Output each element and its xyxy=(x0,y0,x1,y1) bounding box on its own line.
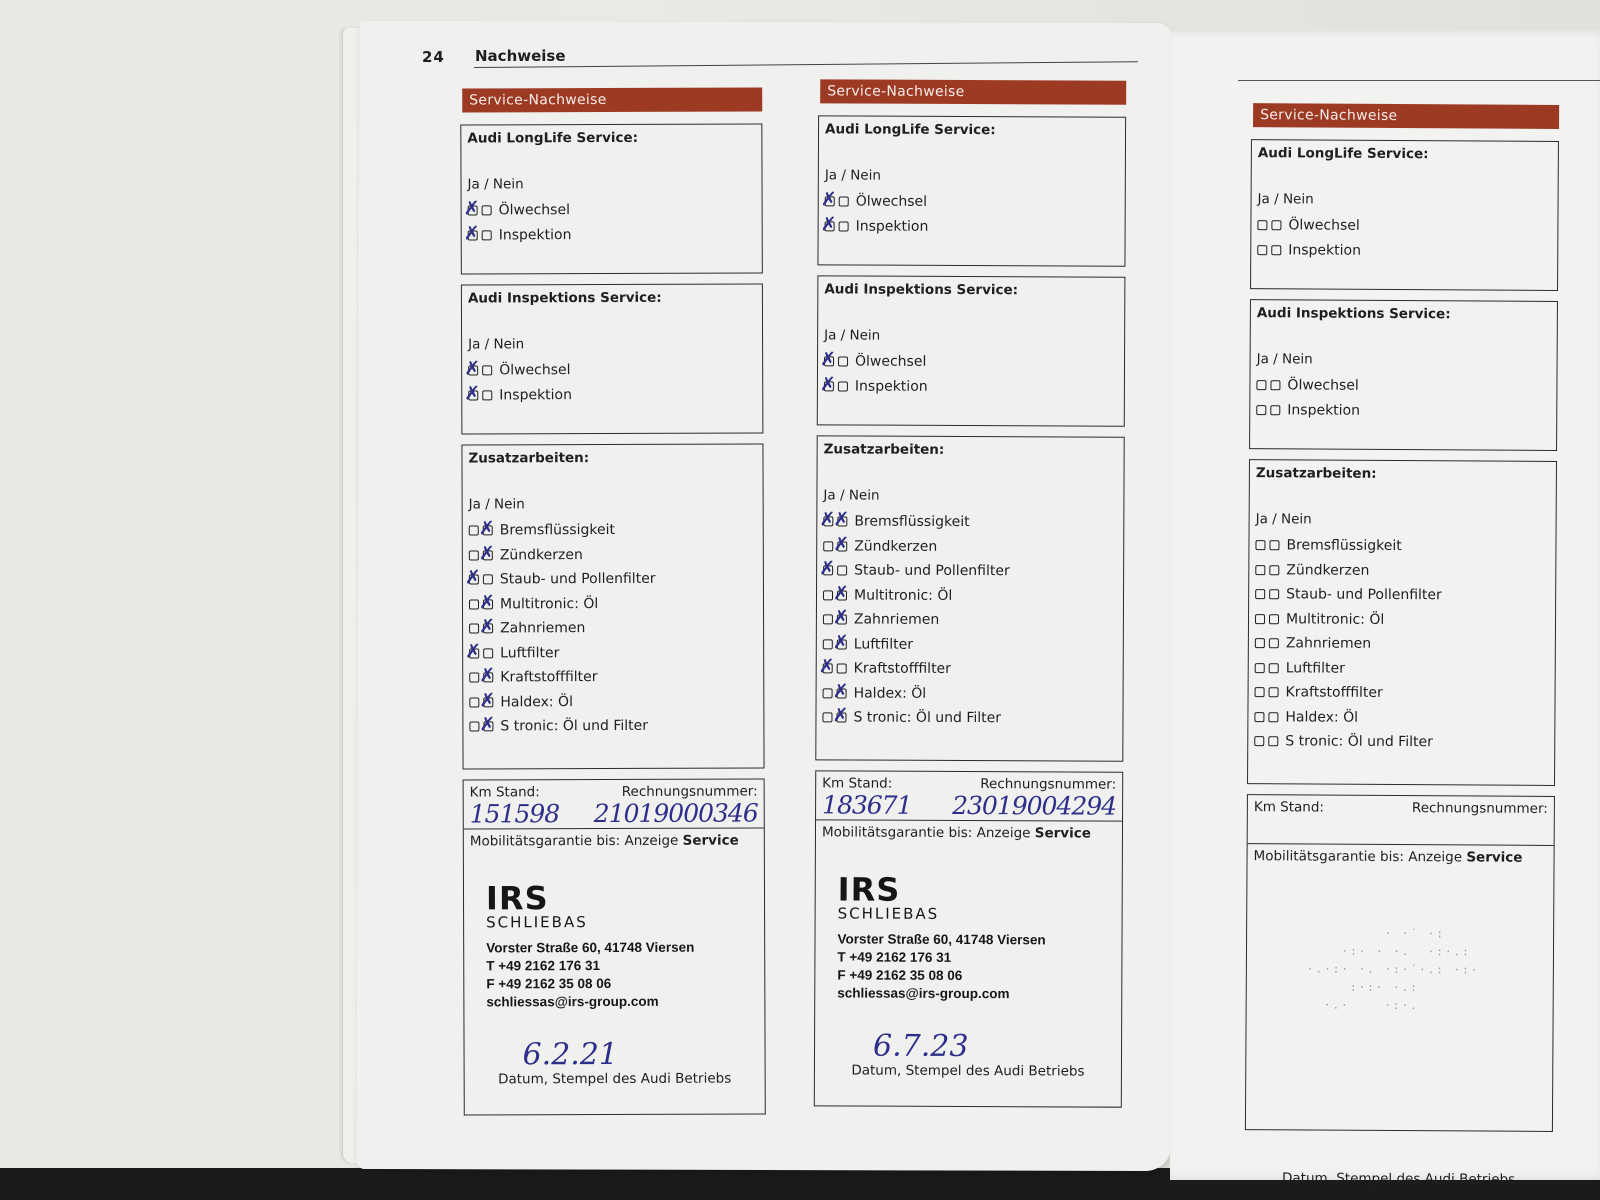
zusatzarbeiten-box: Zusatzarbeiten: Ja / Nein Bremsflüssigke… xyxy=(815,435,1124,761)
ja-nein-header: Ja / Nein xyxy=(825,167,1119,184)
checklist-row: Haldex: Öl xyxy=(1254,705,1548,731)
km-invoice-stamp-box: Km Stand: Rechnungsnummer: 151598 210190… xyxy=(463,778,766,1115)
zusatzarbeiten-box: Zusatzarbeiten: Ja / Nein Bremsflüssigke… xyxy=(1247,459,1557,786)
ja-checkbox[interactable] xyxy=(1254,736,1264,746)
nein-checkbox[interactable] xyxy=(1269,687,1279,697)
longlife-service-box: Audi LongLife Service: Ja / Nein Ölwechs… xyxy=(1250,139,1559,291)
mobilitaetsgarantie-line: Mobilitätsgarantie bis: Anzeige Service xyxy=(1247,844,1553,870)
ja-checkbox[interactable] xyxy=(1255,540,1265,550)
nein-checkbox[interactable] xyxy=(839,221,849,231)
checklist-label: Haldex: Öl xyxy=(1285,709,1358,725)
ja-checkbox[interactable] xyxy=(823,517,833,527)
ja-checkbox[interactable] xyxy=(1256,380,1266,390)
mobilitaetsgarantie-line: Mobilitätsgarantie bis: Anzeige Service xyxy=(816,820,1122,845)
checklist-label: Kraftstofffilter xyxy=(1286,685,1383,702)
mobilitaet-text: Mobilitätsgarantie bis: Anzeige xyxy=(470,833,683,850)
stamp-email: schliessas@irs-group.com xyxy=(486,992,764,1011)
nein-checkbox[interactable] xyxy=(483,697,493,707)
checklist-label: Inspektion xyxy=(1287,402,1360,418)
nein-checkbox[interactable] xyxy=(837,517,847,527)
nein-checkbox[interactable] xyxy=(837,639,847,649)
checklist-label: Zahnriemen xyxy=(854,612,939,628)
service-record-3: Service-Nachweise Audi LongLife Service:… xyxy=(1235,103,1559,1142)
inspektion-service-box: Audi Inspektions Service: Ja / Nein Ölwe… xyxy=(1249,299,1558,451)
checklist-label: Ölwechsel xyxy=(499,362,570,378)
checklist-label: Kraftstofffilter xyxy=(854,661,951,677)
checklist-label: Ölwechsel xyxy=(1287,378,1358,394)
box-title: Zusatzarbeiten: xyxy=(1256,465,1550,483)
km-stand-value[interactable]: 183671 xyxy=(822,791,912,819)
service-record-2: Service-Nachweise Audi LongLife Service:… xyxy=(804,79,1127,1117)
nein-checkbox[interactable] xyxy=(483,526,493,536)
checklist-row: Zahnriemen xyxy=(823,607,1117,633)
checklist-label: Zündkerzen xyxy=(854,538,937,554)
nein-checkbox[interactable] xyxy=(1268,712,1278,722)
box-title: Zusatzarbeiten: xyxy=(468,449,756,466)
dealer-stamp: IRSSCHLIEBASVorster Straße 60, 41748 Vie… xyxy=(486,882,764,1011)
ja-checkbox[interactable] xyxy=(823,688,833,698)
section-banner: Service-Nachweise xyxy=(820,79,1126,104)
km-stand-label: Km Stand: xyxy=(470,784,540,800)
ja-checkbox[interactable] xyxy=(468,390,478,400)
ja-nein-header: Ja / Nein xyxy=(1257,351,1551,369)
checklist-label: Haldex: Öl xyxy=(854,685,927,701)
datum-stempel-label: Datum, Stempel des Audi Betriebs xyxy=(1246,1170,1552,1188)
ja-checkbox[interactable] xyxy=(469,673,479,683)
box-title: Audi Inspektions Service: xyxy=(468,289,756,306)
checklist-row: S tronic: Öl und Filter xyxy=(822,705,1116,731)
stamp-logo: IRS xyxy=(486,882,764,913)
page-number: 24 xyxy=(422,48,445,66)
ja-checkbox[interactable] xyxy=(469,648,479,658)
checklist-row: Luftfilter xyxy=(823,632,1117,658)
checklist-label: Luftfilter xyxy=(500,645,559,661)
checklist-row: Inspektion xyxy=(468,382,756,408)
ja-checkbox[interactable] xyxy=(469,697,479,707)
checklist-row: Haldex: Öl xyxy=(823,681,1117,707)
ja-checkbox[interactable] xyxy=(468,230,478,240)
km-invoice-stamp-box: Km Stand: Rechnungsnummer: 183671 230190… xyxy=(814,770,1123,1107)
handwritten-date[interactable]: 6.7.23 xyxy=(873,1029,1121,1060)
checklist-row: Luftfilter xyxy=(469,640,757,666)
checklist-row: Staub- und Pollenfilter xyxy=(823,558,1117,584)
ja-checkbox[interactable] xyxy=(823,664,833,674)
checklist-label: Bremsflüssigkeit xyxy=(500,522,615,538)
ja-nein-header: Ja / Nein xyxy=(1258,191,1552,209)
nein-checkbox[interactable] xyxy=(1271,220,1281,230)
zusatzarbeiten-box: Zusatzarbeiten: Ja / Nein Bremsflüssigke… xyxy=(461,443,764,769)
ja-checkbox[interactable] xyxy=(824,357,834,367)
checklist-row: Ölwechsel xyxy=(825,189,1119,215)
inspektion-service-box: Audi Inspektions Service: Ja / Nein Ölwe… xyxy=(461,283,764,434)
ja-nein-header: Ja / Nein xyxy=(469,495,757,512)
right-page-rule xyxy=(1238,80,1600,81)
ja-nein-header: Ja / Nein xyxy=(824,327,1118,344)
checklist-row: Inspektion xyxy=(468,222,756,248)
nein-checkbox[interactable] xyxy=(1269,638,1279,648)
nein-checkbox[interactable] xyxy=(836,713,846,723)
ja-checkbox[interactable] xyxy=(823,639,833,649)
nein-checkbox[interactable] xyxy=(1270,380,1280,390)
checklist-label: S tronic: Öl und Filter xyxy=(1285,734,1433,751)
service-record-4-partial xyxy=(1590,108,1600,144)
stamp-phone: T +49 2162 176 31 xyxy=(486,956,764,975)
nein-checkbox[interactable] xyxy=(483,673,493,683)
nein-checkbox[interactable] xyxy=(837,541,847,551)
stamp-logo: IRS xyxy=(838,874,1122,905)
nein-checkbox[interactable] xyxy=(482,390,492,400)
checklist-label: Luftfilter xyxy=(854,636,913,652)
nein-checkbox[interactable] xyxy=(837,615,847,625)
inspektion-service-box: Audi Inspektions Service: Ja / Nein Ölwe… xyxy=(817,275,1126,426)
checklist-row: Staub- und Pollenfilter xyxy=(469,566,757,592)
km-invoice-stamp-box: Km Stand: Rechnungsnummer: Mobilitätsgar… xyxy=(1245,794,1555,1132)
checklist-label: Zahnriemen xyxy=(1286,636,1371,653)
checklist-label: Staub- und Pollenfilter xyxy=(500,571,656,588)
mobilitaet-text: Mobilitätsgarantie bis: Anzeige xyxy=(1254,848,1467,865)
datum-stempel-label: Datum, Stempel des Audi Betriebs xyxy=(465,1070,765,1087)
checklist-row: Multitronic: Öl xyxy=(823,583,1117,609)
ja-checkbox[interactable] xyxy=(1257,245,1267,255)
nein-checkbox[interactable] xyxy=(1268,736,1278,746)
ja-checkbox[interactable] xyxy=(469,550,479,560)
nein-checkbox[interactable] xyxy=(838,357,848,367)
nein-checkbox[interactable] xyxy=(1269,589,1279,599)
stamp-name: SCHLIEBAS xyxy=(486,912,764,931)
ja-checkbox[interactable] xyxy=(822,713,832,723)
ja-checkbox[interactable] xyxy=(1255,614,1265,624)
rechnungsnummer-value[interactable]: 21019000346 xyxy=(594,799,758,828)
checklist-row: Bremsflüssigkeit xyxy=(469,517,757,543)
stamp-email: schliessas@irs-group.com xyxy=(837,984,1121,1003)
stamp-address: Vorster Straße 60, 41748 Viersen xyxy=(837,930,1121,949)
ja-checkbox[interactable] xyxy=(1255,663,1265,673)
nein-checkbox[interactable] xyxy=(837,566,847,576)
nein-checkbox[interactable] xyxy=(1271,245,1281,255)
checklist-label: Haldex: Öl xyxy=(500,694,573,710)
checklist-row: Kraftstofffilter xyxy=(469,664,757,690)
ja-checkbox[interactable] xyxy=(1255,687,1265,697)
checklist-row: Luftfilter xyxy=(1255,656,1549,682)
km-stand-label: Km Stand: xyxy=(1254,799,1324,815)
handwritten-date[interactable]: 6.2.21 xyxy=(523,1036,765,1067)
dealer-stamp: IRSSCHLIEBASVorster Straße 60, 41748 Vie… xyxy=(837,874,1122,1003)
ja-checkbox[interactable] xyxy=(823,590,833,600)
checklist-label: Bremsflüssigkeit xyxy=(1286,538,1401,555)
checklist-label: Inspektion xyxy=(1288,242,1361,258)
nein-checkbox[interactable] xyxy=(483,722,493,732)
box-title: Audi LongLife Service: xyxy=(467,129,755,146)
box-title: Audi Inspektions Service: xyxy=(1257,305,1551,323)
box-title: Audi Inspektions Service: xyxy=(824,281,1118,298)
ja-checkbox[interactable] xyxy=(468,206,478,216)
ja-checkbox[interactable] xyxy=(825,221,835,231)
mobilitaet-text: Mobilitätsgarantie bis: Anzeige xyxy=(822,824,1035,841)
checklist-row: Inspektion xyxy=(824,374,1118,400)
ja-checkbox[interactable] xyxy=(824,381,834,391)
km-stand-value[interactable]: 151598 xyxy=(470,800,560,828)
ja-checkbox[interactable] xyxy=(1255,589,1265,599)
checklist-row: Ölwechsel xyxy=(824,349,1118,375)
ja-checkbox[interactable] xyxy=(823,541,833,551)
ja-checkbox[interactable] xyxy=(469,624,479,634)
page-title: Nachweise xyxy=(475,47,566,65)
checklist-label: Bremsflüssigkeit xyxy=(854,514,969,531)
ja-checkbox[interactable] xyxy=(469,575,479,585)
checklist-row: Inspektion xyxy=(1256,398,1550,424)
checklist-row: Inspektion xyxy=(825,214,1119,240)
checklist-label: Staub- und Pollenfilter xyxy=(854,563,1010,580)
checklist-row: Zahnriemen xyxy=(469,615,757,641)
checklist-label: Ölwechsel xyxy=(1288,218,1359,234)
checklist-row: S tronic: Öl und Filter xyxy=(1254,729,1548,755)
nein-checkbox[interactable] xyxy=(837,590,847,600)
stamp-address: Vorster Straße 60, 41748 Viersen xyxy=(486,938,764,957)
ja-nein-header: Ja / Nein xyxy=(468,335,756,352)
box-title: Audi LongLife Service: xyxy=(825,121,1119,138)
ja-checkbox[interactable] xyxy=(469,722,479,732)
section-banner: Service-Nachweise xyxy=(462,87,762,112)
rechnungsnummer-value[interactable]: 23019004294 xyxy=(952,792,1116,821)
stamp-fax: F +49 2162 35 08 06 xyxy=(486,974,764,993)
checklist-row: Kraftstofffilter xyxy=(823,656,1117,682)
checklist-row: Zahnriemen xyxy=(1255,631,1549,657)
longlife-service-box: Audi LongLife Service: Ja / Nein Ölwechs… xyxy=(460,123,763,274)
stamp-name: SCHLIEBAS xyxy=(838,904,1122,923)
mobilitaet-service: Service xyxy=(1466,849,1522,865)
checklist-label: Zahnriemen xyxy=(500,620,585,636)
checklist-label: Ölwechsel xyxy=(499,202,570,218)
checklist-label: Zündkerzen xyxy=(500,547,583,563)
nein-checkbox[interactable] xyxy=(482,206,492,216)
nein-checkbox[interactable] xyxy=(837,664,847,674)
checklist-label: Luftfilter xyxy=(1286,660,1345,676)
ja-checkbox[interactable] xyxy=(468,366,478,376)
handwritten-date[interactable] xyxy=(1304,1070,1552,1102)
checklist-row: Zündkerzen xyxy=(1255,558,1549,584)
nein-checkbox[interactable] xyxy=(483,575,493,585)
longlife-service-box: Audi LongLife Service: Ja / Nein Ölwechs… xyxy=(817,115,1126,266)
rechnungsnummer-label: Rechnungsnummer: xyxy=(1412,800,1548,817)
checklist-row: Ölwechsel xyxy=(468,197,756,223)
nein-checkbox[interactable] xyxy=(482,230,492,240)
checklist-row: Haldex: Öl xyxy=(469,689,757,715)
mobilitaetsgarantie-line: Mobilitätsgarantie bis: Anzeige Service xyxy=(464,828,764,853)
rechnungsnummer-label: Rechnungsnummer: xyxy=(622,783,758,799)
datum-stempel-label: Datum, Stempel des Audi Betriebs xyxy=(815,1062,1121,1079)
nein-checkbox[interactable] xyxy=(483,599,493,609)
checklist-label: Zündkerzen xyxy=(1286,562,1369,579)
nein-checkbox[interactable] xyxy=(837,688,847,698)
nein-checkbox[interactable] xyxy=(1269,565,1279,575)
ja-checkbox[interactable] xyxy=(1256,405,1266,415)
box-title: Audi LongLife Service: xyxy=(1258,145,1552,163)
checklist-label: Inspektion xyxy=(499,227,572,243)
ja-checkbox[interactable] xyxy=(469,526,479,536)
km-stand-label: Km Stand: xyxy=(822,775,892,791)
mobilitaet-service: Service xyxy=(683,833,739,849)
checklist-label: Kraftstofffilter xyxy=(500,669,597,685)
ja-checkbox[interactable] xyxy=(825,197,835,207)
ja-checkbox[interactable] xyxy=(1254,712,1264,722)
checklist-row: Bremsflüssigkeit xyxy=(823,509,1117,535)
checklist-row: Ölwechsel xyxy=(1256,373,1550,399)
checklist-row: Zündkerzen xyxy=(469,542,757,568)
ja-nein-header: Ja / Nein xyxy=(467,175,755,192)
nein-checkbox[interactable] xyxy=(483,624,493,634)
checklist-row: Multitronic: Öl xyxy=(1255,607,1549,633)
checklist-row: Zündkerzen xyxy=(823,534,1117,560)
checklist-label: Multitronic: Öl xyxy=(1286,611,1384,628)
ja-nein-header: Ja / Nein xyxy=(1256,511,1550,529)
checklist-row: Inspektion xyxy=(1257,238,1551,264)
nein-checkbox[interactable] xyxy=(1269,663,1279,673)
checklist-label: Ölwechsel xyxy=(855,354,926,370)
stamp-fax: F +49 2162 35 08 06 xyxy=(837,966,1121,985)
ja-checkbox[interactable] xyxy=(823,566,833,576)
nein-checkbox[interactable] xyxy=(838,381,848,391)
ja-checkbox[interactable] xyxy=(823,615,833,625)
nein-checkbox[interactable] xyxy=(1270,405,1280,415)
nein-checkbox[interactable] xyxy=(839,197,849,207)
checklist-row: Ölwechsel xyxy=(468,357,756,383)
checklist-row: Kraftstofffilter xyxy=(1254,680,1548,706)
checklist-row: Ölwechsel xyxy=(1257,213,1551,239)
checklist-label: Ölwechsel xyxy=(856,194,927,210)
checklist-label: S tronic: Öl und Filter xyxy=(500,718,648,735)
nein-checkbox[interactable] xyxy=(482,366,492,376)
stamp-phone: T +49 2162 176 31 xyxy=(837,948,1121,967)
checklist-row: Bremsflüssigkeit xyxy=(1255,533,1549,559)
ja-checkbox[interactable] xyxy=(469,599,479,609)
checklist-label: Inspektion xyxy=(856,218,929,234)
ja-nein-header: Ja / Nein xyxy=(823,487,1117,504)
checklist-label: Multitronic: Öl xyxy=(854,587,952,603)
checklist-row: S tronic: Öl und Filter xyxy=(469,713,757,739)
checklist-row: Multitronic: Öl xyxy=(469,591,757,617)
ja-checkbox[interactable] xyxy=(1255,638,1265,648)
checklist-label: Inspektion xyxy=(499,387,572,403)
faded-stamp-impression: · ·˙ ·: ·:· · ·. ·:·.:·.·:· ·. ·:·˙·.: ·… xyxy=(1306,924,1553,1046)
checklist-row: Staub- und Pollenfilter xyxy=(1255,582,1549,608)
checklist-label: S tronic: Öl und Filter xyxy=(853,710,1001,727)
section-banner: Service-Nachweise xyxy=(1253,103,1559,129)
ja-checkbox[interactable] xyxy=(1255,565,1265,575)
mobilitaet-service: Service xyxy=(1035,825,1091,841)
checklist-label: Inspektion xyxy=(855,378,928,394)
nein-checkbox[interactable] xyxy=(483,648,493,658)
ja-checkbox[interactable] xyxy=(1257,220,1267,230)
nein-checkbox[interactable] xyxy=(483,550,493,560)
nein-checkbox[interactable] xyxy=(1269,614,1279,624)
box-title: Zusatzarbeiten: xyxy=(824,441,1118,458)
nein-checkbox[interactable] xyxy=(1269,540,1279,550)
service-record-1: Service-Nachweise Audi LongLife Service:… xyxy=(450,87,766,1125)
checklist-label: Multitronic: Öl xyxy=(500,596,598,612)
checklist-label: Staub- und Pollenfilter xyxy=(1286,587,1442,604)
